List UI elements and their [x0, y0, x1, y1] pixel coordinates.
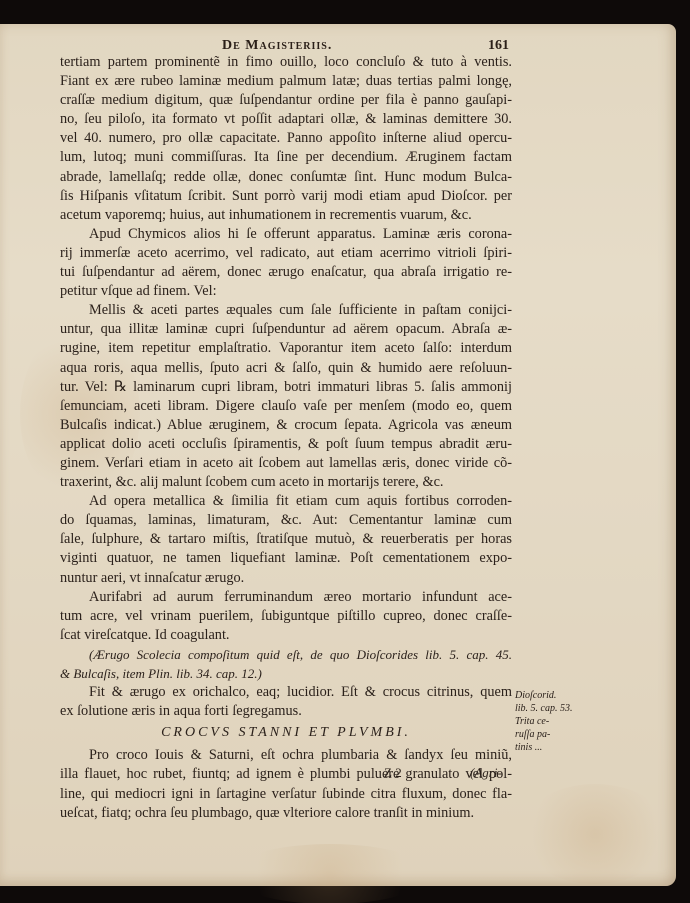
signature-mark: Z 2 [384, 765, 402, 781]
text-line: ſemunciam, aceti libram. Digere clauſo v… [60, 397, 512, 416]
text-line: applicat dolio aceti occluſis ſpiramenti… [60, 435, 512, 454]
text-line: acetum vaporemq; huius, aut inhumationem… [60, 206, 512, 225]
text-line: ſis Hiſpanis vſitatum ſcribit. Sunt porr… [60, 187, 512, 206]
text-line: aqua roris, aqua mellis, ſputo acri & ſa… [60, 359, 512, 378]
text-line: lum, lutoq; muni commiſſuras. Ita ſine p… [60, 148, 512, 167]
paper-stain [520, 784, 670, 884]
text-line: ueſcat, fiatq; ochra ſeu plumbago, quæ v… [60, 804, 512, 823]
text-line: abrade, lamellaſq; redde ollæ, donec con… [60, 168, 512, 187]
section-heading: CROCVS STANNI ET PLVMBI. [60, 723, 512, 742]
text-line: nuntur aeri, vt innaſcatur ærugo. [60, 569, 512, 588]
text-line: rugine, item repetitur emplaſtratio. Vap… [60, 339, 512, 358]
marginal-note: Dioſcorid.lib. 5. cap. 53.Trita ce-ruſſa… [515, 689, 575, 754]
text-line: tertiam partem prominentẽ in fimo ouillo… [60, 53, 512, 72]
text-line: untur, qua illitæ laminæ cupri ſuſpendun… [60, 320, 512, 339]
text-line: Apud Chymicos alios hi ſe offerunt appar… [60, 225, 512, 244]
marginal-note-line: Dioſcorid. [515, 689, 575, 702]
text-line: Fit & ærugo ex orichalco, eaq; lucidior.… [60, 683, 512, 702]
text-line: & Bulcaſis, item Plin. lib. 34. cap. 12.… [60, 664, 512, 683]
text-line: craſſæ medium digitum, quæ ſuſpendantur … [60, 91, 512, 110]
text-line: Mellis & aceti partes æquales cum ſale ſ… [60, 301, 512, 320]
text-line: ſcat vireſcatque. Id coagulant. [60, 626, 512, 645]
text-line: traxerint, &c. alij malunt ſcobem cum ac… [60, 473, 512, 492]
text-line: tui ſuſpendantur ad aërem, donec ærugo e… [60, 263, 512, 282]
text-line: rij immerſæ aceto acerrimo, vel radicato… [60, 244, 512, 263]
text-line: ex ſolutione æris in aqua forti ſegregam… [60, 702, 512, 721]
text-line: petitur vſque ad finem. Vel: [60, 282, 512, 301]
marginal-note-line: ruſſa pa- [515, 728, 575, 741]
body-text: tertiam partem prominentẽ in fimo ouillo… [60, 53, 512, 823]
text-line: tum acre, vel vrinam puerilem, ſubiguntq… [60, 607, 512, 626]
text-line: Ad opera metallica & ſimilia fit etiam c… [60, 492, 512, 511]
text-line: Aurifabri ad aurum ferruminandum æreo mo… [60, 588, 512, 607]
text-line: tur. Vel: ℞ laminarum cupri libram, botr… [60, 378, 512, 397]
text-line: Bulcaſis indicat.) Ablue æruginem, & cro… [60, 416, 512, 435]
paper-stain [230, 844, 430, 903]
text-line: ſale, ſulphure, & tartaro miſtis, ſtrati… [60, 530, 512, 549]
marginal-note-line: Trita ce- [515, 715, 575, 728]
text-line: no, ſeu piloſo, ita formato vt poſſit ad… [60, 110, 512, 129]
text-line: vel 40. numero, pro ollæ capacitate. Pan… [60, 129, 512, 148]
marginal-note-line: lib. 5. cap. 53. [515, 702, 575, 715]
text-line: (Ærugo Scolecia compoſitum quid eſt, de … [60, 645, 512, 664]
text-line: viginti quatuor, ne tamen liquefiant lam… [60, 549, 512, 568]
text-line: Pro croco Iouis & Saturni, eſt ochra plu… [60, 746, 512, 765]
text-line: illa flauet, hoc rubet, fiuntq; ad ignem… [60, 765, 512, 784]
text-line: do ſquamas, laminas, limaturam, &c. Aut:… [60, 511, 512, 530]
text-line: line, qui mediocri igni in ſartagine ver… [60, 785, 512, 804]
catchword: (Agri- [470, 765, 502, 781]
page-number: 161 [488, 38, 509, 54]
marginal-note-line: tinis ... [515, 741, 575, 754]
text-line: Fiant ex ære rubeo laminæ medium palmum … [60, 72, 512, 91]
text-line: ginem. Verſari etiam in aceto ait ſcobem… [60, 454, 512, 473]
running-head: De Magisteriis. [222, 38, 332, 54]
